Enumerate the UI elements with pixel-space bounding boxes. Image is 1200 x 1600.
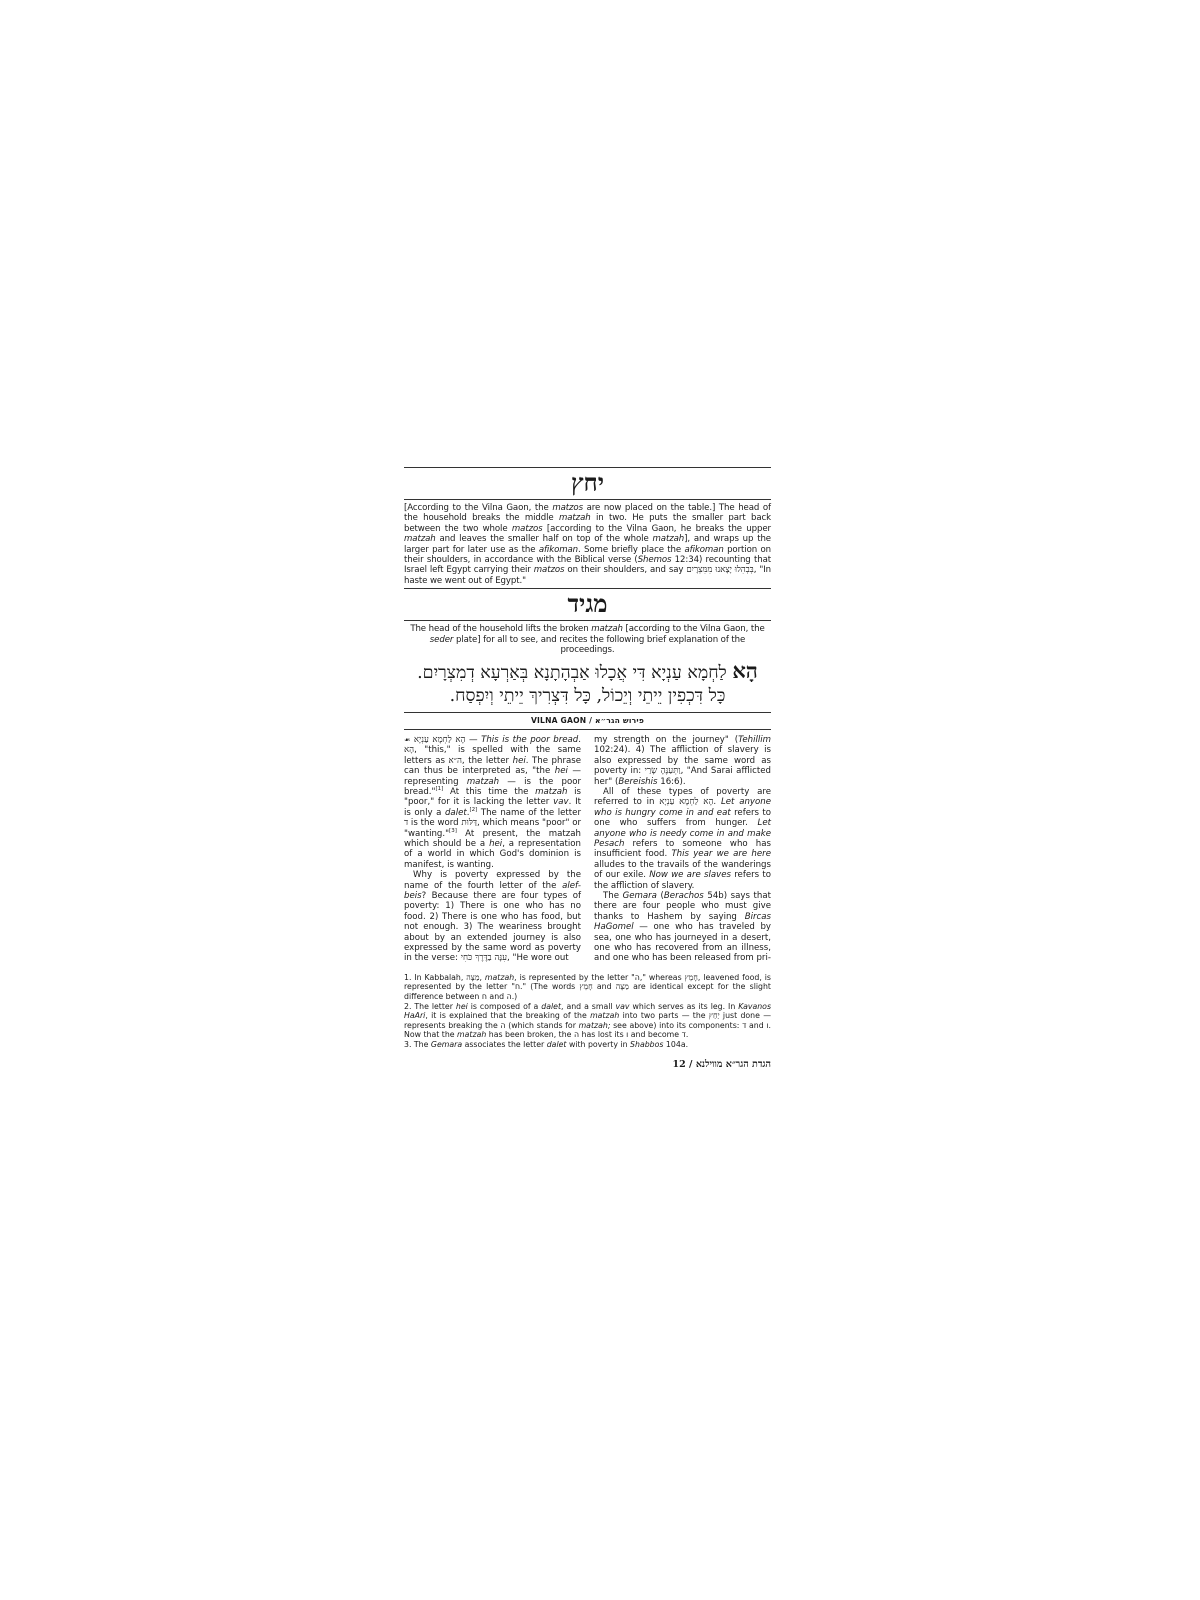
- haggadah-page: יחץ [According to the Vilna Gaon, the ma…: [404, 467, 771, 1070]
- commentary-paragraph: All of these types of poverty are referr…: [594, 787, 771, 891]
- commentary-paragraph: The Gemara (Berachos 54b) says that ther…: [594, 891, 771, 964]
- page-number: 12: [673, 1059, 686, 1070]
- footnote-3: 3. The Gemara associates the letter dale…: [404, 1040, 771, 1050]
- section-title-maggid: מגיד: [404, 589, 771, 620]
- ha-lachma-line-2: כָּל דִּכְפִין יֵיתֵי וְיֵכוֹל, כָּל דִּ…: [404, 685, 771, 708]
- footnotes: 1. In Kabbalah, מַצָּה, matzah, is repre…: [404, 973, 771, 1050]
- commentary-right-column: my strength on the journey" (Tehillim 10…: [594, 735, 771, 964]
- commentary-header: VILNA GAON / פירוש הגר״א: [404, 713, 771, 729]
- ha-lachma-first-word: הָא: [732, 658, 758, 683]
- commentary-paragraph: Why is poverty expressed by the name of …: [404, 870, 581, 964]
- maggid-instruction: The head of the household lifts the brok…: [404, 621, 771, 657]
- commentary-columns: ☙ הָא לַחְמָא עַנְיָא — This is the poor…: [404, 730, 771, 964]
- yachatz-instruction: [According to the Vilna Gaon, the matzos…: [404, 500, 771, 588]
- commentary-paragraph: my strength on the journey" (Tehillim 10…: [594, 735, 771, 787]
- ha-lachma-anya-text: הָא לַחְמָא עַנְיָא דִּי אֲכָלוּ אַבְהָת…: [404, 657, 771, 712]
- commentary-paragraph: ☙ הָא לַחְמָא עַנְיָא — This is the poor…: [404, 735, 581, 870]
- commentary-left-column: ☙ הָא לַחְמָא עַנְיָא — This is the poor…: [404, 735, 581, 964]
- ha-lachma-line-1: הָא לַחְמָא עַנְיָא דִּי אֲכָלוּ אַבְהָת…: [404, 659, 771, 685]
- footnote-2: 2. The letter hei is composed of a dalet…: [404, 1002, 771, 1040]
- section-title-yachatz: יחץ: [404, 468, 771, 499]
- ornament-icon: ☙: [404, 736, 410, 744]
- page-folio: הגדת הגר״א מווילנא / 12: [404, 1060, 771, 1070]
- footnote-1: 1. In Kabbalah, מַצָּה, matzah, is repre…: [404, 973, 771, 1002]
- running-title: הגדת הגר״א מווילנא: [696, 1059, 771, 1070]
